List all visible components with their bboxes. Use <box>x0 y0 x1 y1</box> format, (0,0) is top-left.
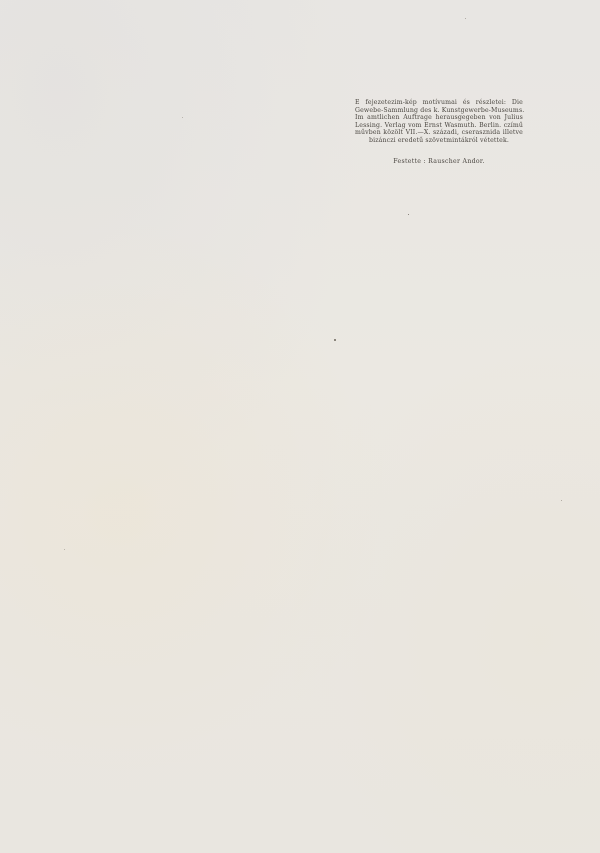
paper-speck <box>334 339 336 341</box>
painter-credit: Festette : Rauscher Andor. <box>355 158 523 165</box>
caption-line: bizánczi eredetű szövetmintákról vétette… <box>355 137 523 145</box>
caption-text-block: E fejezetezim-kép motívumai és részletei… <box>355 99 523 144</box>
caption-line: Lessing. Verlag vom Ernst Wasmuth. Berli… <box>355 122 523 130</box>
paper-speck <box>465 18 466 19</box>
scanned-page: E fejezetezim-kép motívumai és részletei… <box>0 0 600 853</box>
paper-speck <box>408 214 409 215</box>
caption-line: Im amtlichen Auftrage herausgegeben von … <box>355 114 523 122</box>
caption-line: Gewebe-Sammlung des k. Kunstgewerbe-Muse… <box>355 107 523 115</box>
caption-line: művben közölt VII.—X. századi, cseraszni… <box>355 129 523 137</box>
paper-speck <box>64 549 65 550</box>
caption-line: E fejezetezim-kép motívumai és részletei… <box>355 99 523 107</box>
paper-speck <box>182 117 183 118</box>
paper-speck <box>561 500 562 501</box>
